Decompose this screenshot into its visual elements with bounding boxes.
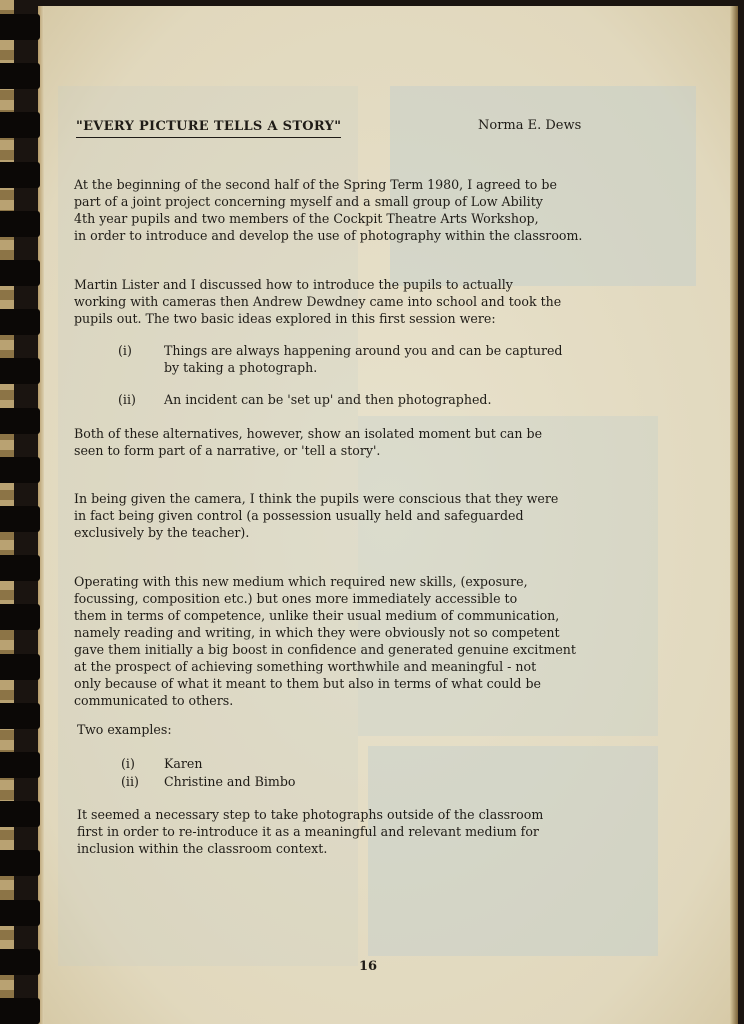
paragraph: Both of these alternatives, however, sho… <box>74 425 664 459</box>
list-marker: (i) <box>121 755 135 772</box>
paragraph: Two examples: <box>77 721 667 738</box>
paragraph: Martin Lister and I discussed how to int… <box>74 276 664 327</box>
list-marker: (ii) <box>121 773 139 790</box>
document-title: "EVERY PICTURE TELLS A STORY" <box>76 118 341 138</box>
list-marker: (ii) <box>118 391 136 408</box>
list-text: Things are always happening around you a… <box>164 342 664 376</box>
list-text: Karen <box>164 755 664 772</box>
paragraph: It seemed a necessary step to take photo… <box>77 806 667 857</box>
paragraph: In being given the camera, I think the p… <box>74 490 664 541</box>
list-marker: (i) <box>118 342 132 359</box>
document-content: "EVERY PICTURE TELLS A STORY" Norma E. D… <box>0 0 744 1024</box>
header: "EVERY PICTURE TELLS A STORY" Norma E. D… <box>76 117 636 138</box>
author-name: Norma E. Dews <box>478 117 581 134</box>
page-number: 16 <box>359 958 377 975</box>
list-text: Christine and Bimbo <box>164 773 664 790</box>
paragraph: At the beginning of the second half of t… <box>74 176 664 244</box>
list-text: An incident can be 'set up' and then pho… <box>164 391 664 408</box>
paragraph: Operating with this new medium which req… <box>74 573 664 709</box>
